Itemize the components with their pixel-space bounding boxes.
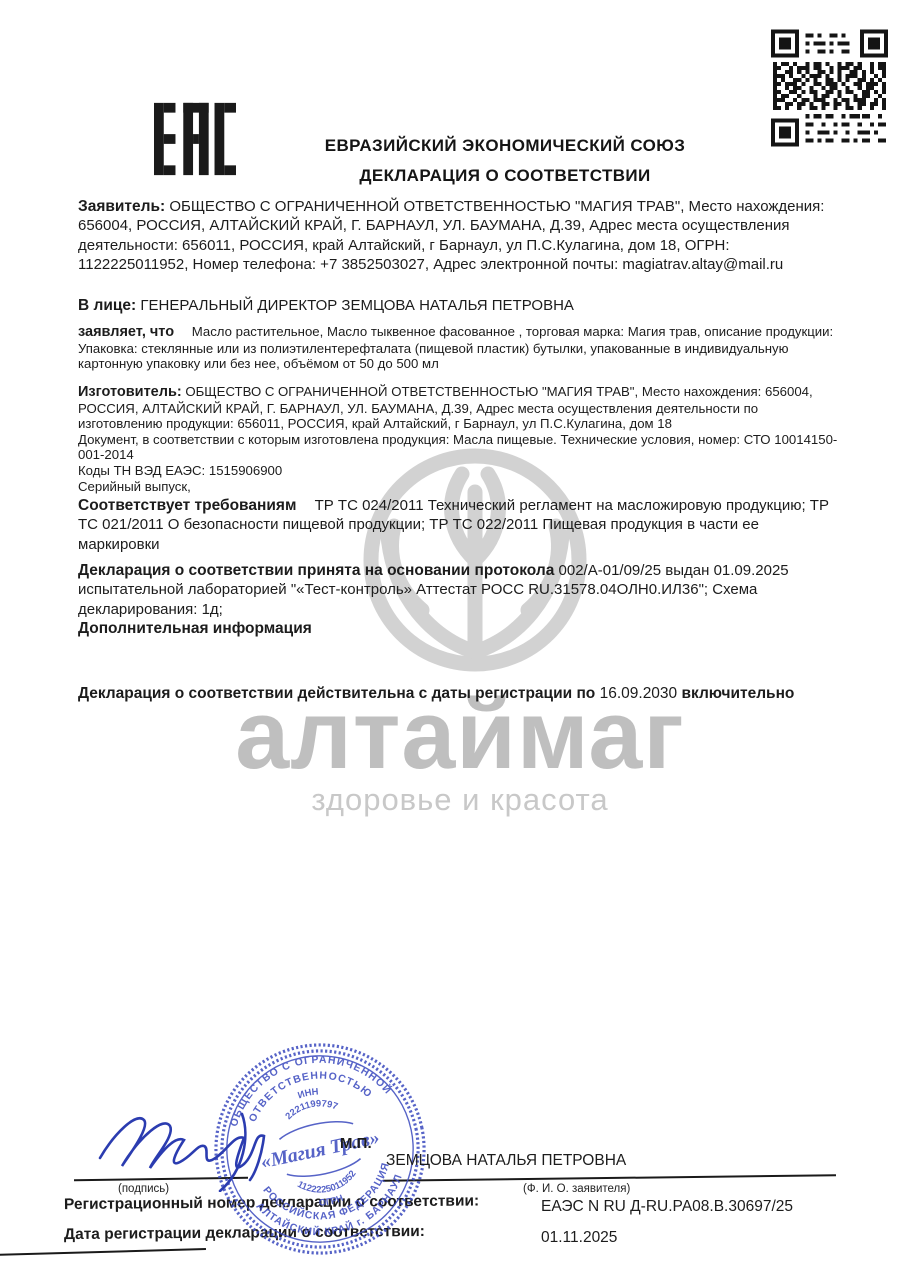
basis-field: Декларация о соответствии принята на осн…: [78, 561, 838, 619]
applicant-fio: ЗЕМЦОВА НАТАЛЬЯ ПЕТРОВНА: [386, 1152, 626, 1170]
union-title: ЕВРАЗИЙСКИЙ ЭКОНОМИЧЕСКИЙ СОЮЗ: [250, 136, 760, 156]
validity-label: Декларация о соответствии действительна …: [78, 685, 595, 702]
in-person-label: В лице:: [78, 297, 136, 314]
manufacturer-field: Изготовитель: ОБЩЕСТВО С ОГРАНИЧЕННОЙ ОТ…: [78, 384, 838, 494]
eac-logo-icon: [154, 102, 236, 176]
declares-field: заявляет, что Масло растительное, Масло …: [78, 324, 838, 372]
serial-release-line: Серийный выпуск,: [78, 479, 838, 495]
document-title: ДЕКЛАРАЦИЯ О СООТВЕТСТВИИ: [250, 166, 760, 186]
additional-info-heading: Дополнительная информация: [78, 619, 838, 638]
in-person-text: ГЕНЕРАЛЬНЫЙ ДИРЕКТОР ЗЕМЦОВА НАТАЛЬЯ ПЕТ…: [140, 297, 574, 314]
manufacturer-line: Изготовитель: ОБЩЕСТВО С ОГРАНИЧЕННОЙ ОТ…: [78, 384, 838, 432]
basis-label: Декларация о соответствии принята на осн…: [78, 562, 554, 579]
watermark-tagline-text: здоровье и красота: [150, 782, 770, 818]
bottom-left-line: [0, 1248, 206, 1256]
product-document-line: Документ, в соответствии с которым изгот…: [78, 432, 838, 463]
stamp-place-label: М.П.: [340, 1135, 372, 1152]
registration-number-value: ЕАЭС N RU Д-RU.РА08.В.30697/25: [541, 1198, 891, 1216]
validity-date: 16.09.2030: [600, 685, 678, 702]
qr-code-icon: [771, 26, 888, 150]
applicant-field: Заявитель: ОБЩЕСТВО С ОГРАНИЧЕННОЙ ОТВЕТ…: [78, 197, 838, 275]
registration-date-value: 01.11.2025: [541, 1229, 891, 1247]
complies-field: Соответствует требованиям ТР ТС 024/2011…: [78, 496, 838, 554]
fio-line: [383, 1174, 836, 1181]
validity-field: Декларация о соответствии действительна …: [78, 684, 838, 703]
tnved-code-line: Коды ТН ВЭД ЕАЭС: 1515906900: [78, 463, 838, 479]
validity-suffix: включительно: [681, 685, 794, 702]
manufacturer-text: ОБЩЕСТВО С ОГРАНИЧЕННОЙ ОТВЕТСТВЕННОСТЬЮ…: [78, 384, 813, 431]
signature-ink: [92, 1096, 307, 1192]
declares-text: Масло растительное, Масло тыквенное фасо…: [78, 324, 833, 371]
applicant-label: Заявитель:: [78, 198, 165, 215]
complies-label: Соответствует требованиям: [78, 497, 296, 514]
declares-label: заявляет, что: [78, 324, 174, 340]
manufacturer-label: Изготовитель:: [78, 384, 182, 400]
applicant-text: ОБЩЕСТВО С ОГРАНИЧЕННОЙ ОТВЕТСТВЕННОСТЬЮ…: [78, 198, 824, 273]
in-person-field: В лице: ГЕНЕРАЛЬНЫЙ ДИРЕКТОР ЗЕМЦОВА НАТ…: [78, 296, 838, 315]
